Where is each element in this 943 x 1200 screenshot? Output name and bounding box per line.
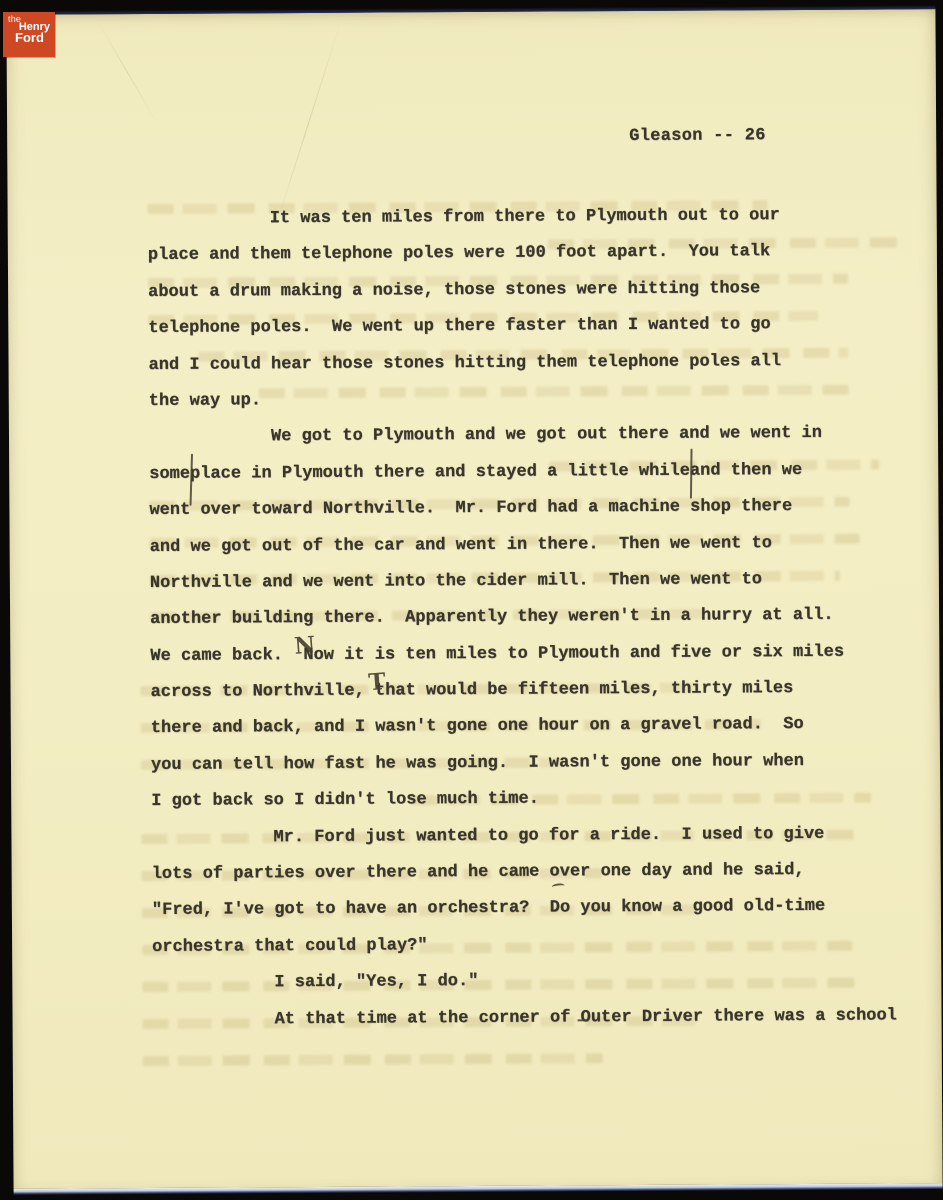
typed-line: another building there. Apparently they … <box>150 598 930 639</box>
typed-text-block: It was ten miles from there to Plymouth … <box>148 197 933 1039</box>
typed-line: We came back. Now it is ten miles to Ply… <box>150 634 930 675</box>
henry-ford-logo: the Henry Ford <box>3 12 55 57</box>
typed-line: you can tell how fast he was going. I wa… <box>151 743 931 784</box>
typed-line: At that time at the corner of Outer Driv… <box>152 998 932 1039</box>
typed-line: someplace in Plymouth there and stayed a… <box>149 452 929 493</box>
typed-line: I got back so I didn't lose much time. <box>151 779 931 820</box>
typed-line: "Fred, I've got to have an orchestra? Do… <box>152 889 932 930</box>
paper-crease <box>97 20 158 124</box>
typed-line: We got to Plymouth and we got out there … <box>149 416 929 457</box>
typed-line: about a drum making a noise, those stone… <box>148 270 928 311</box>
typed-line: I said, "Yes, I do." <box>152 961 932 1002</box>
typed-line: It was ten miles from there to Plymouth … <box>148 197 928 238</box>
typed-line: place and them telephone poles were 100 … <box>148 234 928 275</box>
bleedthrough-line <box>143 1053 603 1066</box>
typed-line: Mr. Ford just wanted to go for a ride. I… <box>151 816 931 857</box>
typed-line: Northville and we went into the cider mi… <box>150 561 930 602</box>
document-page: Gleason -- 26 It was ten miles from ther… <box>6 9 942 1189</box>
typed-line: went over toward Northville. Mr. Ford ha… <box>149 488 929 529</box>
logo-text-ford: Ford <box>15 32 51 44</box>
typed-line: the way up. <box>149 379 929 420</box>
typed-line: orchestra that could play?" <box>152 925 932 966</box>
pen-mark-outer-strike <box>578 1019 589 1021</box>
pen-mark-capital-n: N <box>293 633 316 658</box>
scan-background: Gleason -- 26 It was ten miles from ther… <box>0 0 943 1200</box>
typed-line: there and back, and I wasn't gone one ho… <box>151 707 931 748</box>
typed-line: and we got out of the car and went in th… <box>150 525 930 566</box>
page-header: Gleason -- 26 <box>629 126 766 146</box>
typed-line: across to Northville, that would be fift… <box>150 670 930 711</box>
typed-line: lots of parties over there and he came o… <box>152 852 932 893</box>
pen-mark-capital-t: T <box>368 670 387 694</box>
typed-line: and I could hear those stones hitting th… <box>148 343 928 384</box>
typed-line: telephone poles. We went up there faster… <box>148 306 928 347</box>
